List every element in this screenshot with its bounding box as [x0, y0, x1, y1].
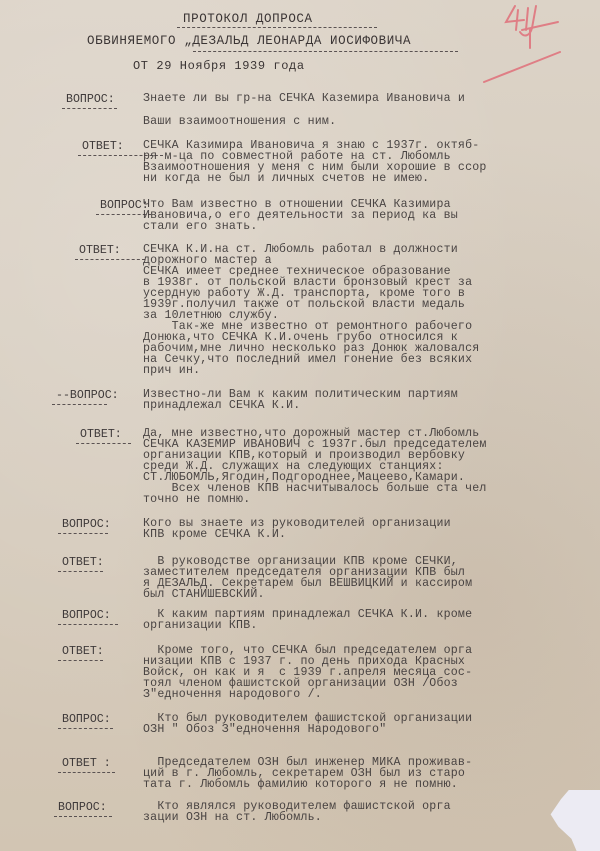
question-label: ВОПРОС:: [62, 518, 111, 531]
label-underline: [54, 816, 112, 817]
answer-label: ОТВЕТ:: [62, 556, 104, 569]
question-text: Что Вам известно в отношении СЕЧКА Казим…: [143, 199, 458, 232]
text-line: ни когда не был и личных счетов не имею.: [143, 173, 487, 184]
answer-label: ОТВЕТ:: [80, 428, 122, 441]
question-text: Знаете ли вы гр-на СЕЧКА Каземира Иванов…: [143, 93, 465, 127]
accused-name-line: ОБВИНЯЕМОГО „ДЕЗАЛЬД ЛЕОНАРДА ИОСИФОВИЧА: [87, 34, 411, 48]
question-label: ВОПРОС:: [66, 93, 115, 106]
label-underline: [76, 443, 131, 444]
question-label: ВОПРОС:: [62, 609, 111, 622]
label-underline: [58, 772, 115, 773]
text-line: принадлежал СЕЧКА К.И.: [143, 400, 458, 411]
answer-label: ОТВЕТ:: [82, 140, 124, 153]
question-text: Кто являлся руководителем фашистской орг…: [143, 801, 451, 823]
text-line: организации КПВ.: [143, 620, 472, 631]
question-text: Известно-ли Вам к каким политическим пар…: [143, 389, 458, 411]
answer-text: СЕЧКА Казимира Ивановича я знаю с 1937г.…: [143, 140, 487, 184]
text-line: зации ОЗН на ст. Любомль.: [143, 812, 451, 823]
label-underline: [58, 571, 103, 572]
text-line: прич ин.: [143, 365, 479, 376]
label-underline: [52, 404, 107, 405]
red-pencil-annotation-icon: [470, 0, 600, 90]
interrogation-date: ОТ 29 Ноября 1939 года: [133, 59, 305, 73]
answer-label: ОТВЕТ:: [62, 645, 104, 658]
name-underline: [193, 51, 458, 52]
answer-label: ОТВЕТ:: [79, 244, 121, 257]
label-underline: [58, 660, 103, 661]
text-line: был СТАНИШЕВСКИЙ.: [143, 589, 472, 600]
torn-page-corner: [548, 790, 600, 851]
text-line: ОЗН " Обоз З"едночення Народового": [143, 724, 472, 735]
question-label: ВОПРОС:: [100, 199, 149, 212]
answer-text: В руководстве организации КПВ кроме СЕЧК…: [143, 556, 472, 600]
text-line: З"едночення народового /.: [143, 689, 472, 700]
question-label: ВОПРОС:: [58, 801, 107, 814]
label-underline: [75, 259, 145, 260]
label-underline: [58, 728, 113, 729]
answer-text: Да, мне известно,что дорожный мастер ст.…: [143, 428, 487, 505]
question-label: ВОПРОС:: [62, 713, 111, 726]
text-line: стали его знать.: [143, 221, 458, 232]
answer-text: Председателем ОЗН был инженер МИКА прожи…: [143, 757, 472, 790]
answer-text: СЕЧКА К.И.на ст. Любомль работал в должн…: [143, 244, 479, 376]
text-line: точно не помню.: [143, 494, 487, 505]
document-title: ПРОТОКОЛ ДОПРОСА: [183, 12, 313, 26]
label-underline: [62, 108, 117, 109]
question-label: --ВОПРОС:: [56, 389, 119, 402]
question-text: К каким партиям принадлежал СЕЧКА К.И. к…: [143, 609, 472, 631]
label-underline: [58, 533, 108, 534]
title-underline: [177, 27, 377, 28]
answer-text: Кроме того, что СЕЧКА был председателем …: [143, 645, 472, 700]
text-line: Ваши взаимоотношения с ним.: [143, 116, 465, 127]
question-text: Кто был руководителем фашистской организ…: [143, 713, 472, 735]
document-page: ПРОТОКОЛ ДОПРОСА ОБВИНЯЕМОГО „ДЕЗАЛЬД ЛЕ…: [0, 0, 600, 851]
question-text: Кого вы знаете из руководителей организа…: [143, 518, 451, 540]
answer-label: ОТВЕТ :: [62, 757, 111, 770]
text-line: тата г. Любомль фамилию которого я не по…: [143, 779, 472, 790]
text-line: КПВ кроме СЕЧКА К.И.: [143, 529, 451, 540]
text-line: Знаете ли вы гр-на СЕЧКА Каземира Иванов…: [143, 93, 465, 104]
label-underline: [58, 624, 118, 625]
